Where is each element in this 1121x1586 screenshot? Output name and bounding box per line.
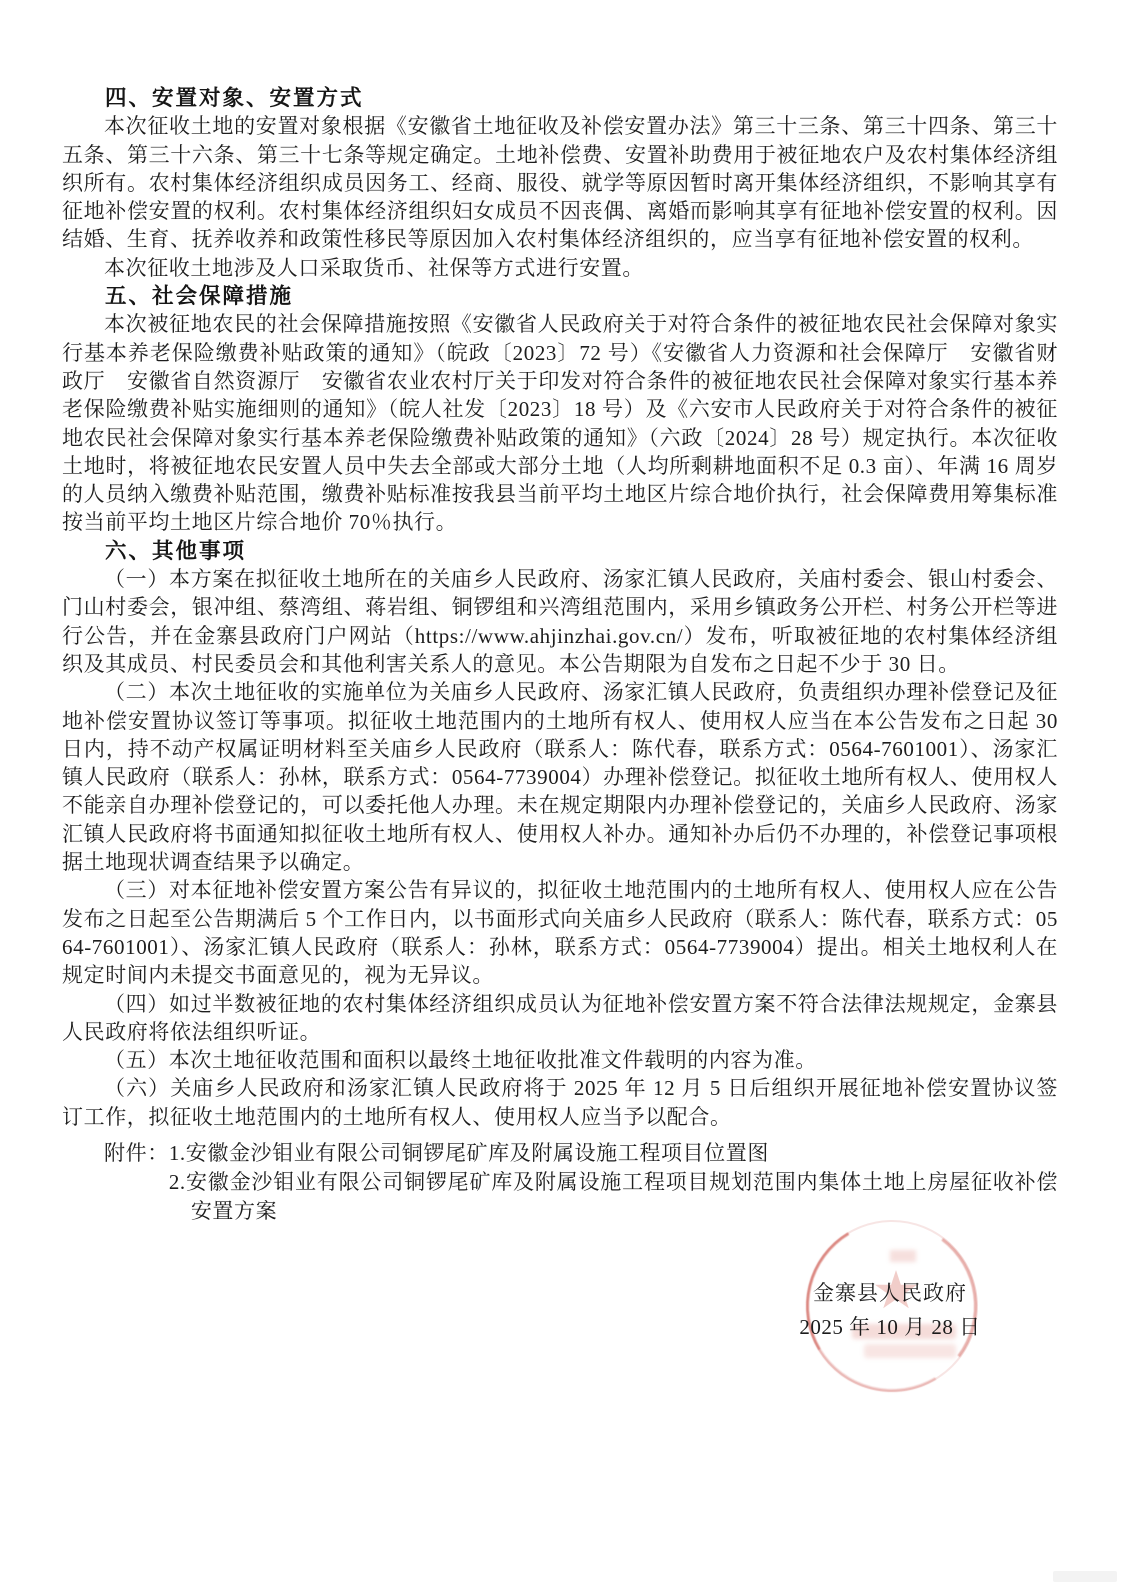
signature-date: 2025 年 10 月 28 日: [795, 1310, 985, 1344]
section-6-heading: 六、其他事项: [62, 537, 1058, 565]
para-item-2-registration: （二）本次土地征收的实施单位为关庙乡人民政府、汤家汇镇人民政府，负责组织办理补偿…: [62, 678, 1058, 876]
scan-artifact: [1053, 1571, 1117, 1582]
attachment-item-2: 2.安徽金沙钼业有限公司铜锣尾矿库及附属设施工程项目规划范围内集体土地上房屋征收…: [169, 1168, 1058, 1226]
section-4-heading: 四、安置对象、安置方式: [62, 84, 1058, 112]
para-item-5-final-scope: （五）本次土地征收范围和面积以最终土地征收批准文件载明的内容为准。: [62, 1046, 1058, 1074]
para-item-6-agreement-signing: （六）关庙乡人民政府和汤家汇镇人民政府将于 2025 年 12 月 5 日后组织…: [62, 1074, 1058, 1131]
attachment-item-1: 1.安徽金沙钼业有限公司铜锣尾矿库及附属设施工程项目位置图: [169, 1139, 1058, 1168]
section-5-heading: 五、社会保障措施: [62, 282, 1058, 310]
para-item-4-hearing: （四）如过半数被征地的农村集体经济组织成员认为征地补偿安置方案不符合法律法规规定…: [62, 990, 1058, 1047]
section-other-matters: 六、其他事项 （一）本方案在拟征收土地所在的关庙乡人民政府、汤家汇镇人民政府，关…: [62, 537, 1058, 1131]
signature-issuer: 金寨县人民政府: [795, 1276, 985, 1310]
para-item-1-public-notice: （一）本方案在拟征收土地所在的关庙乡人民政府、汤家汇镇人民政府，关庙村委会、银山…: [62, 565, 1058, 678]
attachments-label: 附件：: [104, 1139, 169, 1168]
document-page: 四、安置对象、安置方式 本次征收土地的安置对象根据《安徽省土地征收及补偿安置办法…: [0, 0, 1121, 1586]
section-social-security: 五、社会保障措施 本次被征地农民的社会保障措施按照《安徽省人民政府关于对符合条件…: [62, 282, 1058, 537]
seal-ink-smudge: [864, 1344, 956, 1358]
seal-ink-smudge: [890, 1250, 916, 1262]
section-resettlement-targets: 四、安置对象、安置方式 本次征收土地的安置对象根据《安徽省土地征收及补偿安置办法…: [62, 84, 1058, 282]
para-resettlement-basis: 本次征收土地的安置对象根据《安徽省土地征收及补偿安置办法》第三十三条、第三十四条…: [62, 112, 1058, 253]
attachments-list: 1.安徽金沙钼业有限公司铜锣尾矿库及附属设施工程项目位置图 2.安徽金沙钼业有限…: [169, 1139, 1058, 1226]
document-body: 四、安置对象、安置方式 本次征收土地的安置对象根据《安徽省土地征收及补偿安置办法…: [62, 84, 1058, 1131]
para-item-3-objections: （三）对本征地补偿安置方案公告有异议的，拟征收土地范围内的土地所有权人、使用权人…: [62, 876, 1058, 989]
attachments-block: 附件： 1.安徽金沙钼业有限公司铜锣尾矿库及附属设施工程项目位置图 2.安徽金沙…: [62, 1139, 1058, 1226]
para-social-security-policy: 本次被征地农民的社会保障措施按照《安徽省人民政府关于对符合条件的被征地农民社会保…: [62, 310, 1058, 536]
signature-block: 金寨县人民政府 2025 年 10 月 28 日: [795, 1276, 985, 1344]
para-resettlement-method: 本次征收土地涉及人口采取货币、社保等方式进行安置。: [62, 254, 1058, 282]
